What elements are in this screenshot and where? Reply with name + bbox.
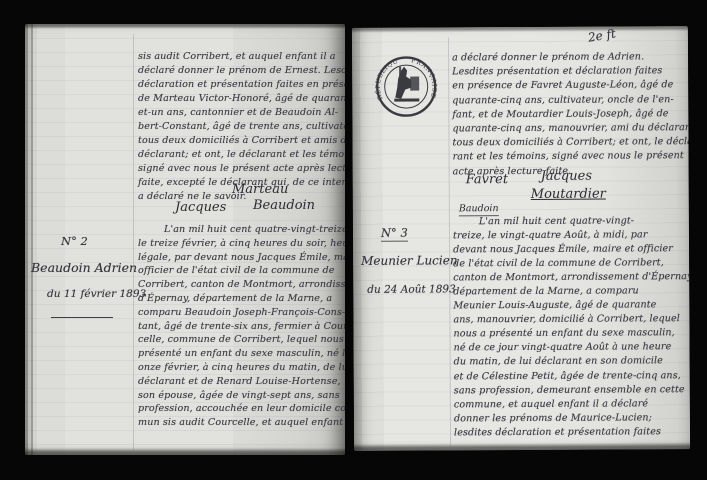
- handwritten-line: donner les prénoms de Maurice-Lucien;: [454, 411, 690, 426]
- handwritten-line: lesdites déclaration et présentation fai…: [454, 425, 690, 440]
- handwritten-line: a déclaré donner le prénom de Adrien.: [452, 50, 690, 65]
- handwritten-line: ans, manouvrier, domicilié à Corribert, …: [453, 312, 690, 327]
- margin-separator-line: [51, 317, 113, 318]
- handwritten-line: de l'état civil de la commune de Corribe…: [453, 256, 690, 271]
- seated-figure-glyph: [394, 67, 419, 102]
- handwritten-line: signé avec nous le présent acte après le…: [138, 162, 345, 176]
- act-continuation-text: a déclaré donner le prénom de Adrien.Les…: [452, 50, 690, 179]
- signature-jacques: Jacques: [175, 200, 226, 215]
- signature-favret: Favret: [466, 172, 508, 187]
- act-body-text: L'an mil huit cent quatre-vingt-treize,l…: [138, 223, 345, 430]
- handwritten-line: profession, accouchée en leur domicile c…: [138, 402, 345, 416]
- handwritten-line: mun sis audit Courcelle, et auquel enfan…: [138, 416, 345, 430]
- handwritten-line: présenté un enfant du sexe masculin, né …: [138, 347, 345, 361]
- handwritten-line: treize, le vingt-quatre Août, à midi, pa…: [453, 228, 690, 243]
- handwritten-line: quarante-cinq ans, cultivateur, oncle de…: [452, 93, 690, 108]
- margin-rule-line: [448, 37, 451, 450]
- left-page: N° 2 Beaudoin Adrien du 11 février 1893 …: [25, 24, 345, 455]
- signature-beaudoin: Beaudoin: [253, 198, 315, 213]
- handwritten-line: déclarant; et ont, le déclarant et les t…: [138, 148, 345, 162]
- handwritten-line: tant, âgé de trente-six ans, fermier à C…: [138, 320, 345, 334]
- handwritten-line: Lesdites présentation et déclaration fai…: [452, 64, 690, 79]
- handwritten-line: légale, par devant nous Jacques Émile, m…: [138, 251, 345, 265]
- act-date-note: du 11 février 1893: [47, 288, 146, 300]
- act-continuation-text: sis audit Corribert, et auquel enfant il…: [138, 50, 345, 204]
- handwritten-line: nous a présenté un enfant du sexe mascul…: [453, 326, 690, 341]
- act-name-note: Beaudoin Adrien: [31, 260, 137, 275]
- corner-annotation: 2e ft: [587, 26, 617, 44]
- handwritten-line: L'an mil huit cent quatre-vingt-: [453, 214, 690, 229]
- handwritten-line: Corribert, canton de Montmort, arrondiss…: [138, 278, 345, 292]
- handwritten-line: de Marteau Victor-Honoré, âgé de quarant…: [138, 92, 345, 106]
- act-body-text: L'an mil huit cent quatre-vingt-treize, …: [453, 214, 690, 440]
- handwritten-line: L'an mil huit cent quatre-vingt-treize,: [138, 223, 345, 237]
- republique-francaise-stamp-icon: RÉPUBLIQUE FRANÇAISE: [374, 54, 438, 118]
- handwritten-line: déclaré donner le prénom de Ernest. Lesd…: [138, 64, 345, 78]
- handwritten-line: celle, commune de Corribert, lequel nous…: [138, 333, 345, 347]
- handwritten-line: quarante-cinq ans, manouvrier, ami du dé…: [452, 121, 690, 136]
- handwritten-line: sans profession, demeurant ensemble en c…: [454, 383, 690, 398]
- handwritten-line: du matin, de lui déclarant en son domici…: [454, 355, 690, 370]
- handwritten-line: tous deux domiciliés à Corribert et amis…: [138, 134, 345, 148]
- handwritten-line: déclaration et présentation faites en pr…: [138, 78, 345, 92]
- handwritten-line: rant et les témoins, signé avec nous le …: [453, 149, 691, 164]
- handwritten-line: officier de l'état civil de la commune d…: [138, 264, 345, 278]
- closing-signature-marteau: Marteau: [232, 182, 288, 197]
- signature-moutardier: Moutardier: [531, 187, 606, 202]
- handwritten-line: Meunier Louis-Auguste, âgé de quarante: [453, 298, 690, 313]
- handwritten-line: le treize février, à cinq heures du soir…: [138, 237, 345, 251]
- handwritten-line: tous deux domiciliés à Corribert; et ont…: [452, 135, 690, 150]
- handwritten-line: département de la Marne, a comparu: [453, 284, 690, 299]
- handwritten-line: en présence de Favret Auguste-Léon, âgé …: [452, 78, 690, 93]
- right-page: 2e ft RÉPUBLIQUE FRANÇAISE: [352, 26, 690, 451]
- signature-jacques: Jacques: [541, 169, 592, 184]
- handwritten-line: et-un ans, cantonnier et de Beaudoin Al-: [138, 106, 345, 120]
- handwritten-line: son épouse, âgée de vingt-sept ans, sans: [138, 389, 345, 403]
- scanned-register-spread: N° 2 Beaudoin Adrien du 11 février 1893 …: [0, 0, 707, 480]
- handwritten-line: bert-Constant, âgé de trente ans, cultiv…: [138, 120, 345, 134]
- handwritten-line: et de Célestine Petit, âgée de trente-ci…: [454, 369, 690, 384]
- margin-rule-line: [133, 34, 134, 455]
- handwritten-line: né de ce jour vingt-quatre Août à une he…: [454, 341, 691, 356]
- act-name-note: Meunier Lucien: [361, 253, 457, 268]
- handwritten-line: commune, et auquel enfant il a déclaré: [454, 397, 690, 412]
- handwritten-line: onze février, à cinq heures du matin, de…: [138, 361, 345, 375]
- handwritten-line: comparu Beaudoin Joseph-François-Cons-: [138, 306, 345, 320]
- act-number-note: N° 2: [61, 234, 88, 248]
- handwritten-line: fant, et de Moutardier Louis-Joseph, âgé…: [452, 107, 690, 122]
- act-date-note: du 24 Août 1893: [367, 283, 456, 295]
- handwritten-line: canton de Montmort, arrondissement d'Épe…: [453, 270, 690, 285]
- handwritten-line: sis audit Corribert, et auquel enfant il…: [138, 50, 345, 64]
- act-number-note: N° 3: [381, 226, 408, 240]
- handwritten-line: d'Épernay, département de la Marne, a: [138, 292, 345, 306]
- handwritten-line: devant nous Jacques Émile, maire et offi…: [453, 242, 690, 257]
- handwritten-line: déclarant et de Renard Louise-Hortense,: [138, 375, 345, 389]
